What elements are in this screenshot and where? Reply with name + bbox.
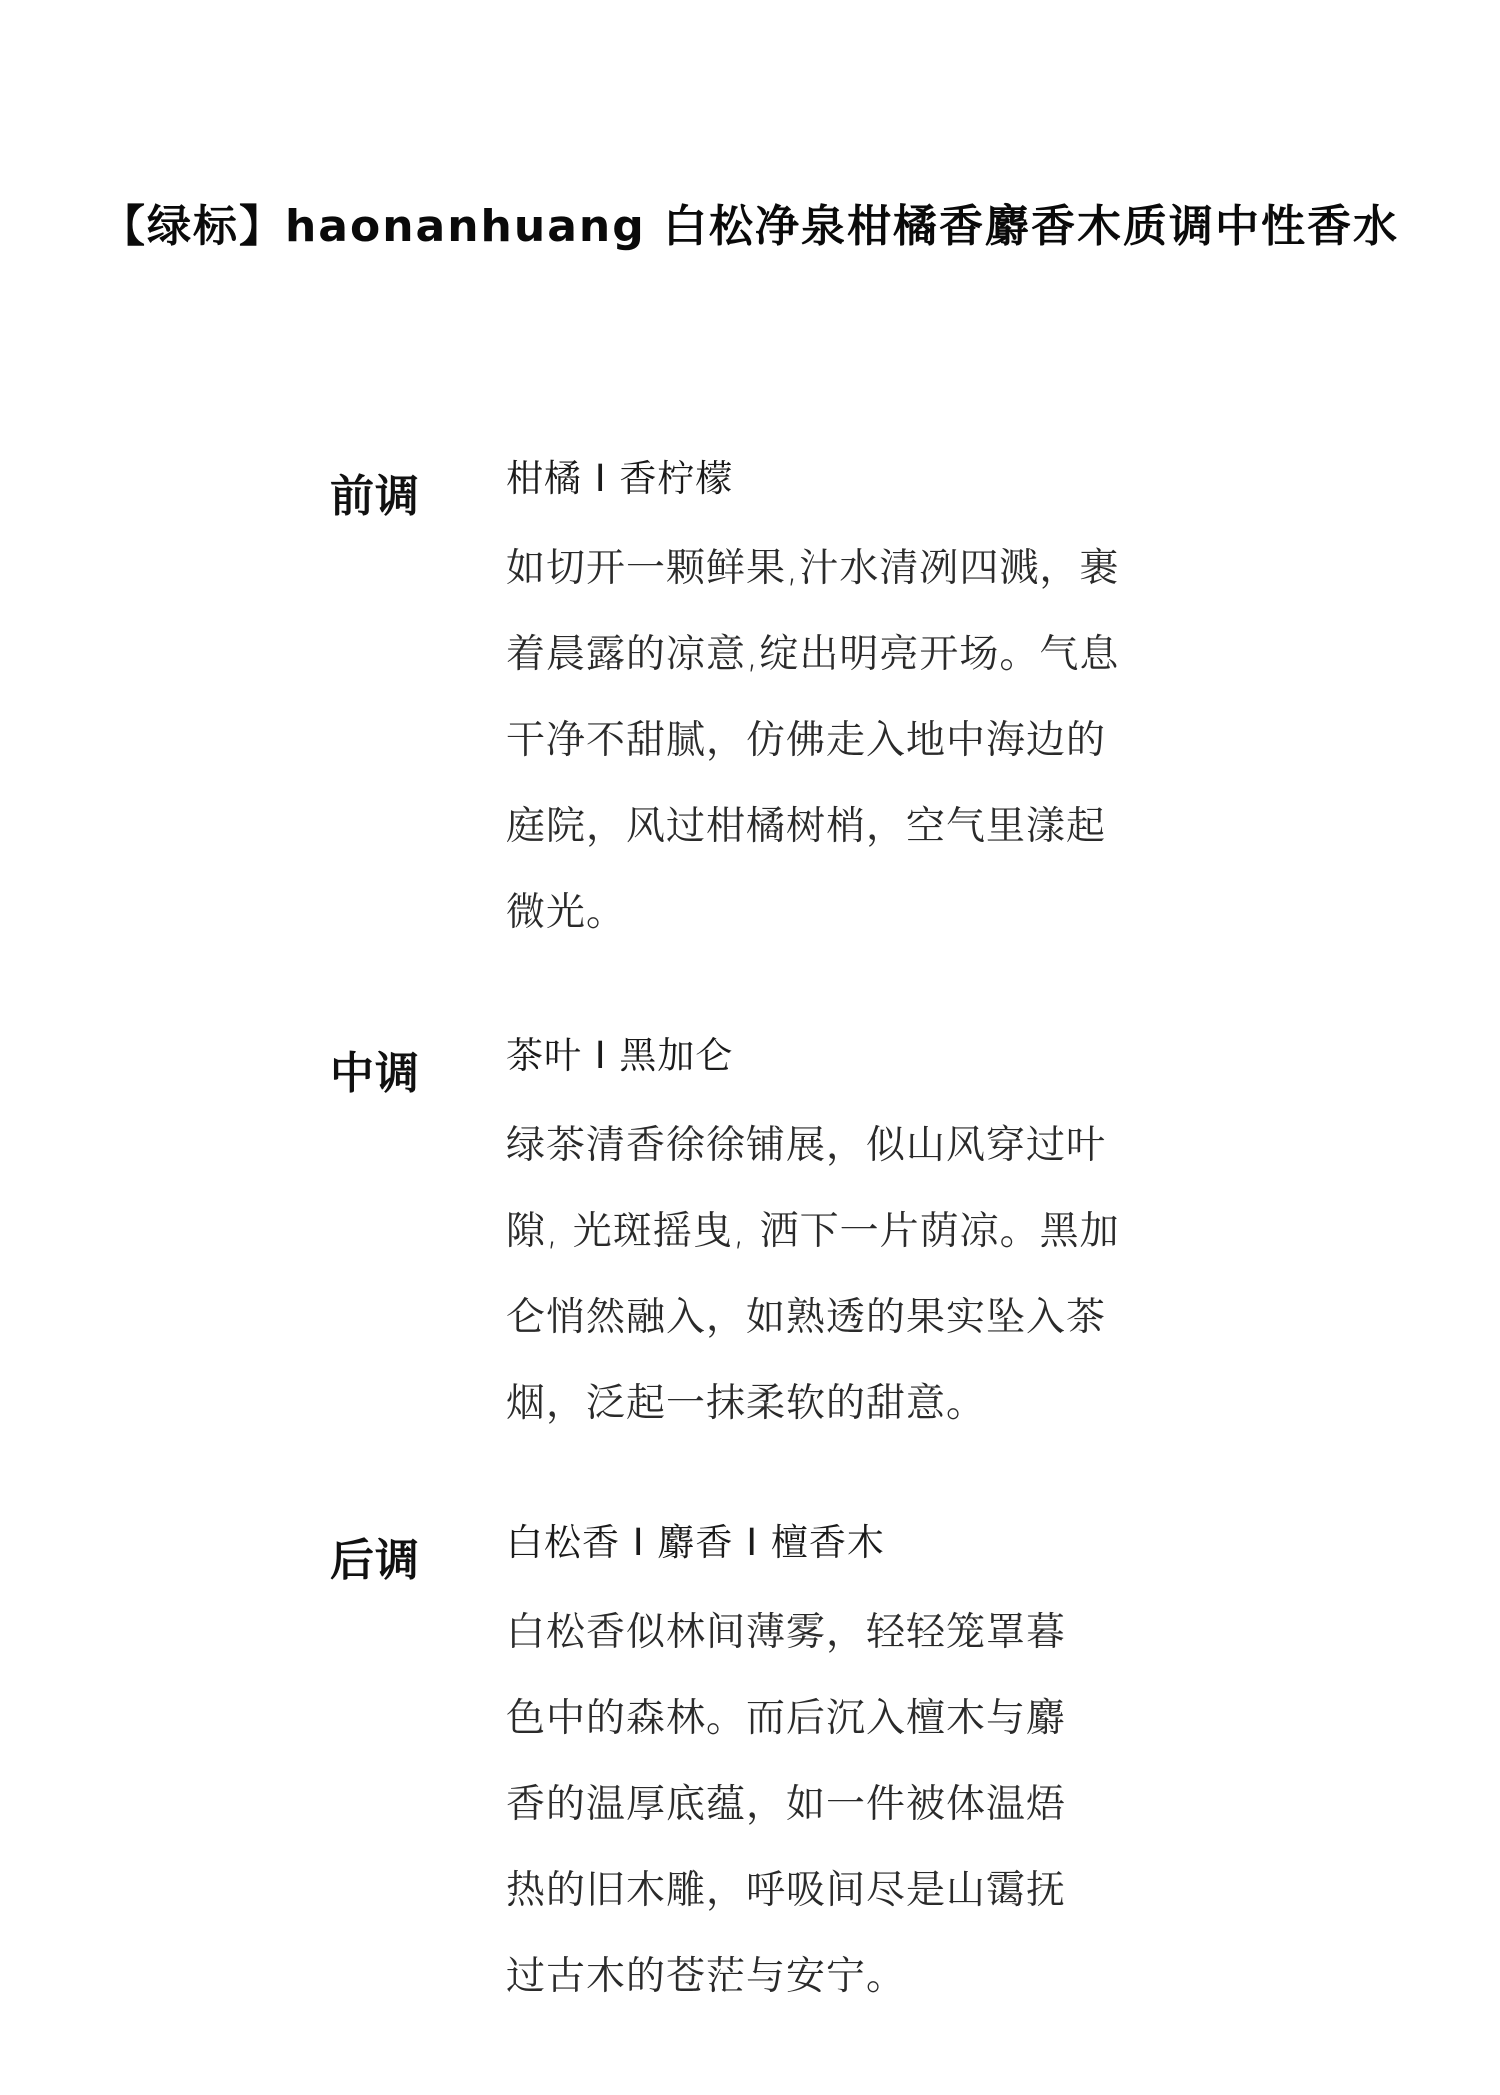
note-description: 绿茶清香徐徐铺展，似山风穿过叶 隙, 光斑摇曳, 洒下一片荫凉。黑加 仑悄然融入… xyxy=(506,1103,1166,1447)
note-ingredients: 茶叶 I 黑加仑 xyxy=(506,1025,733,1079)
description-line: 过古木的苍茫与安宁。 xyxy=(506,1934,1166,2020)
note-ingredients: 柑橘 I 香柠檬 xyxy=(506,448,733,502)
description-line: 微光。 xyxy=(506,870,1166,956)
note-label: 中调 xyxy=(330,1037,420,1101)
description-line: 着晨露的凉意,绽出明亮开场。气息 xyxy=(506,612,1166,698)
description-line: 绿茶清香徐徐铺展，似山风穿过叶 xyxy=(506,1103,1166,1189)
note-description: 如切开一颗鲜果,汁水清冽四溅，裹 着晨露的凉意,绽出明亮开场。气息 干净不甜腻，… xyxy=(506,526,1166,956)
note-ingredients: 白松香 I 麝香 I 檀香木 xyxy=(506,1512,885,1566)
description-line: 白松香似林间薄雾，轻轻笼罩暮 xyxy=(506,1590,1166,1676)
description-line: 色中的森林。而后沉入檀木与麝 xyxy=(506,1676,1166,1762)
description-line: 烟，泛起一抹柔软的甜意。 xyxy=(506,1361,1166,1447)
product-title: 【绿标】haonanhuang 白松净泉柑橘香麝香木质调中性香水 xyxy=(0,190,1500,254)
description-line: 如切开一颗鲜果,汁水清冽四溅，裹 xyxy=(506,526,1166,612)
description-line: 香的温厚底蕴，如一件被体温焐 xyxy=(506,1762,1166,1848)
note-label: 前调 xyxy=(330,460,420,524)
note-description: 白松香似林间薄雾，轻轻笼罩暮 色中的森林。而后沉入檀木与麝 香的温厚底蕴，如一件… xyxy=(506,1590,1166,2020)
description-line: 干净不甜腻，仿佛走入地中海边的 xyxy=(506,698,1166,784)
description-line: 庭院，风过柑橘树梢，空气里漾起 xyxy=(506,784,1166,870)
description-line: 热的旧木雕，呼吸间尽是山霭抚 xyxy=(506,1848,1166,1934)
description-line: 仑悄然融入，如熟透的果实坠入茶 xyxy=(506,1275,1166,1361)
note-label: 后调 xyxy=(330,1524,420,1588)
description-line: 隙, 光斑摇曳, 洒下一片荫凉。黑加 xyxy=(506,1189,1166,1275)
